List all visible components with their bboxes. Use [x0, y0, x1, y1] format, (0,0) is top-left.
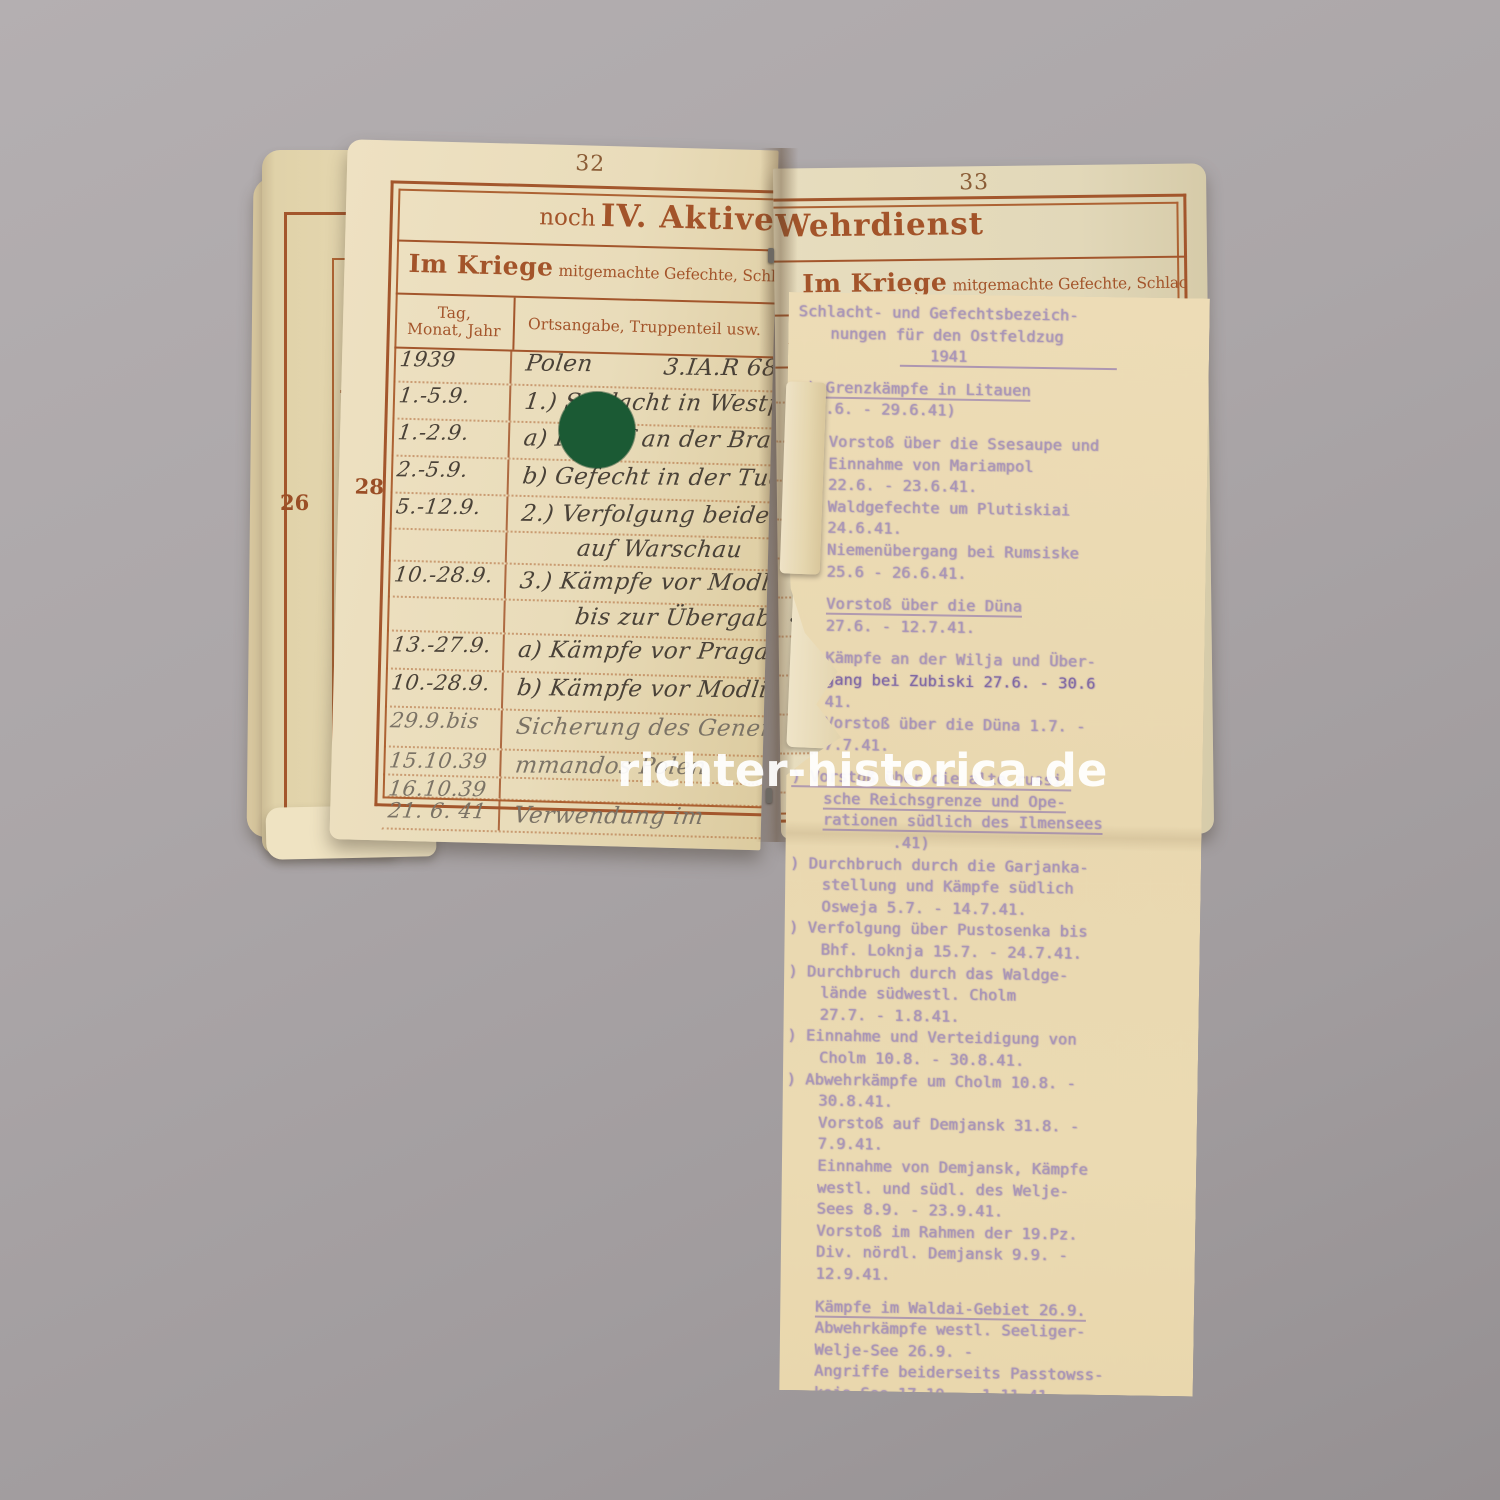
entry-date: 1.-2.9.: [392, 419, 511, 457]
entry-date: 13.-27.9.: [386, 631, 505, 670]
typed-line: rationen südlich des Ilmensees: [823, 810, 1198, 837]
section-title-main: Wehrdienst: [775, 206, 984, 245]
entry-text: Polen3.IA.R 68: [511, 350, 773, 391]
entry-text: Verwendung im: [500, 800, 762, 837]
entry-date: 1939: [393, 347, 512, 384]
entry-date: 21. 6. 41: [382, 797, 501, 830]
photo-scene: 26 32 28 noch IV. Aktive Im Kriege mitge…: [0, 0, 1500, 1500]
typed-line: 27.6. - 12.7.41.: [826, 615, 1201, 642]
typed-line: 1941: [900, 346, 1205, 372]
typed-line: 12.9.41.: [815, 1263, 1190, 1290]
section-title-main: IV. Aktive: [600, 198, 775, 239]
entry-date: [387, 597, 506, 632]
section-title-prefix: noch: [539, 204, 596, 231]
war-header-bold: Im Kriege: [408, 249, 554, 282]
entry-text: auf Warschau: [507, 533, 769, 570]
war-header-rest: mitgemachte Gefechte, Schlachten, Untern…: [952, 271, 1187, 294]
entry-date: 1.-5.9.: [393, 383, 512, 421]
typed-line: koje-See 17.10. - 1.11.41.: [814, 1382, 1189, 1409]
page-number: 32: [575, 151, 606, 177]
staple-icon: [768, 248, 774, 263]
entry-date: 29.9.bis: [384, 707, 503, 748]
entry-text: bis zur Übergabe: [505, 601, 779, 640]
entry-date: 10.-28.9.: [388, 561, 507, 598]
entry-text: a) Kampf an der Brahe: [510, 423, 779, 466]
margin-number: 26: [280, 490, 309, 515]
war-header-rest: mitgemachte Gefechte, Schlachten, Untern…: [558, 262, 775, 291]
margin-number: 28: [354, 474, 384, 500]
entry-date: [389, 529, 508, 562]
entry-date: 16.10.39: [383, 775, 501, 798]
typed-lines: Schlacht- und Gefechtsbezeich-nungen für…: [780, 301, 1206, 1410]
date-column-header: Tag, Monat, Jahr: [394, 295, 515, 350]
entry-date: 10.-28.9.: [385, 669, 504, 708]
typed-line: 25.6 - 26.6.41.: [826, 561, 1201, 588]
entry-date: 15.10.39: [383, 747, 502, 776]
watermark: richter-historica.de: [617, 744, 1107, 797]
entry-text: a) Kämpfe vor Praga: [504, 635, 769, 678]
date-column-line2: Monat, Jahr: [407, 321, 501, 340]
torn-strip: [780, 381, 827, 574]
entry-date: 5.-12.9.: [390, 493, 509, 530]
stub-frame-line: [284, 212, 287, 830]
privacy-dot: [559, 392, 635, 468]
place-column-header: Ortsangabe, Truppenteil usw.: [514, 298, 774, 357]
section-title: Wehrdienst: [773, 204, 1187, 255]
entry-row: 21. 6. 41Verwendung im: [382, 797, 762, 839]
entry-date: 2.-5.9.: [391, 456, 510, 494]
insert-sheet: Schlacht- und Gefechtsbezeich-nungen für…: [772, 292, 1210, 1396]
typed-line: nungen für den Ostfeldzug: [830, 323, 1205, 350]
entry-text: b) Kämpfe vor Modlin: [503, 672, 779, 715]
page-number: 33: [959, 170, 989, 195]
